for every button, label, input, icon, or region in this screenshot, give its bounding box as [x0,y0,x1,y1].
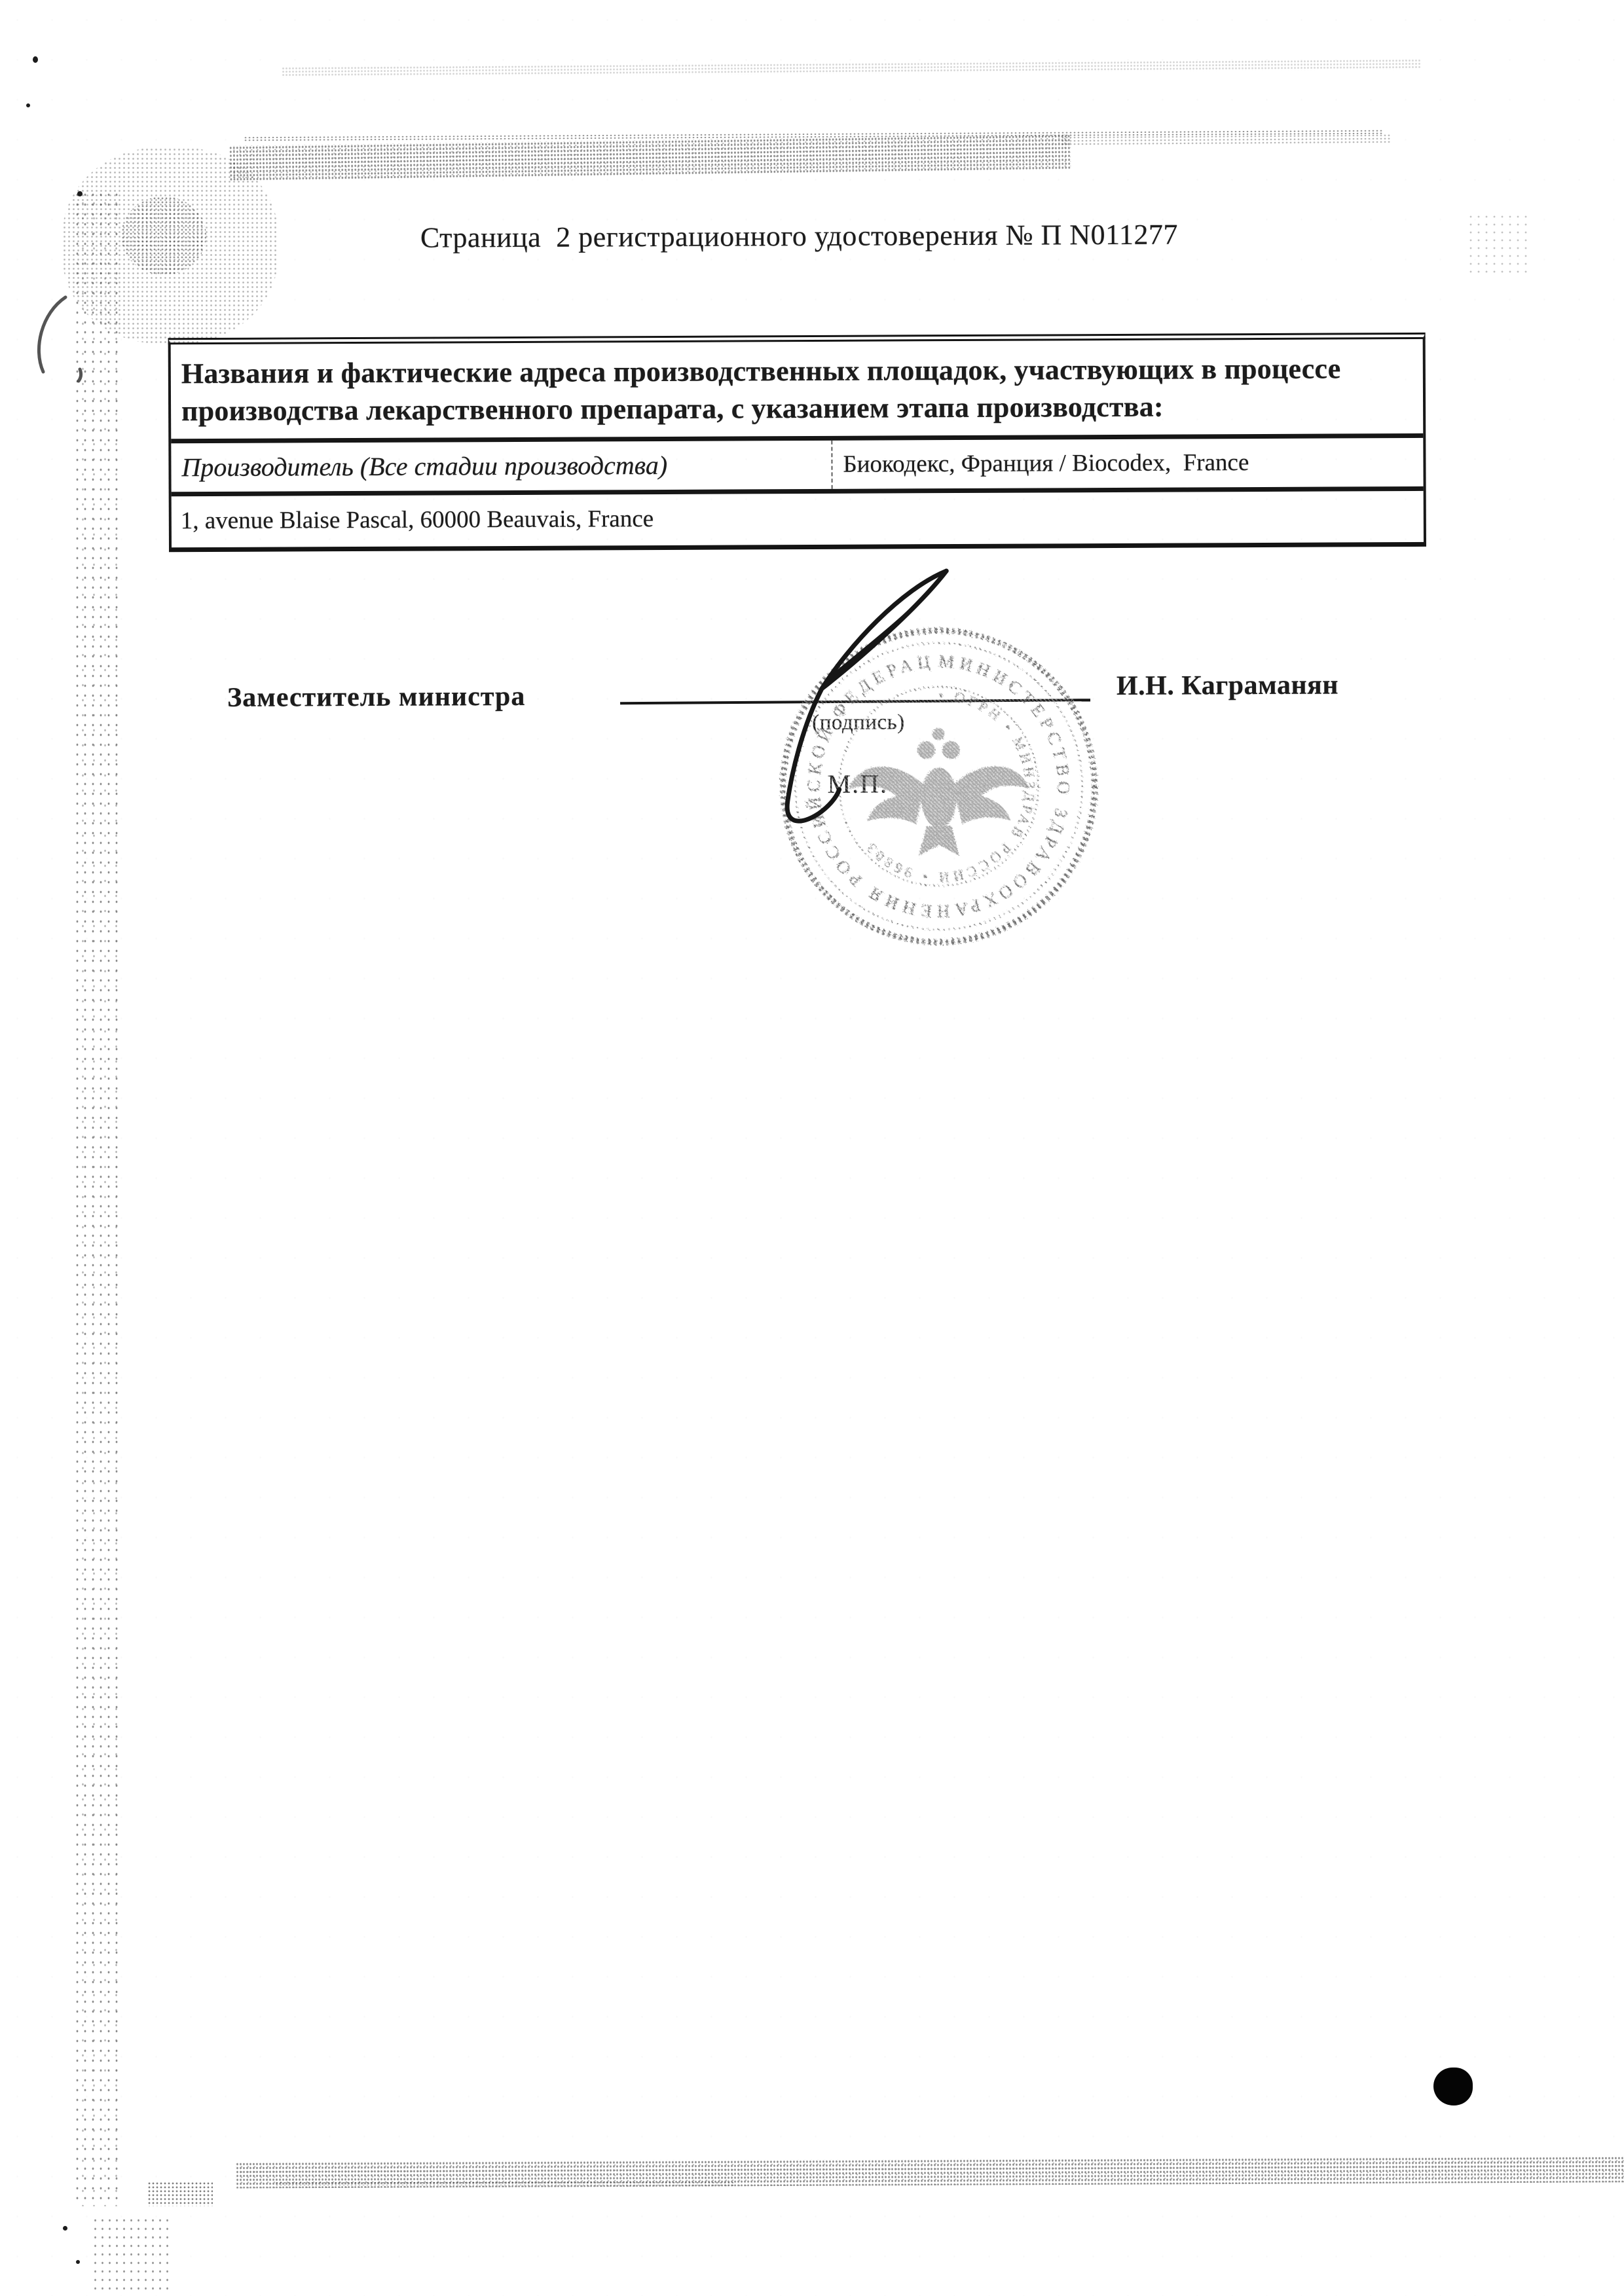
manufacturer-address-cell: 1, avenue Blaise Pascal, 60000 Beauvais,… [172,491,1424,547]
production-sites-table: Названия и фактические адреса производст… [168,333,1426,552]
scan-speck [77,191,83,196]
signer-position-title: Заместитель министра [227,681,526,714]
manufacturer-name-cell: Биокодекс, Франция / Biocodex, France [831,438,1423,489]
punch-hole-black-dot [1433,2068,1473,2105]
signer-name: И.Н. Каграманян [1116,669,1338,701]
document-content: Страница 2 регистрационного удостоверени… [0,0,1624,2296]
scan-mark-left-flourish [29,285,107,390]
manufacturer-stage-cell: Производитель (Все стадии производства) [171,441,831,492]
page-title: Страница 2 регистрационного удостоверени… [420,219,1272,253]
scan-speck [63,2226,67,2231]
scanned-document-page: Страница 2 регистрационного удостоверени… [0,0,1624,2296]
scan-speck [33,56,38,63]
handwritten-signature [750,553,987,849]
scan-speck [76,2260,80,2264]
table-row: Производитель (Все стадии производства) … [171,438,1423,496]
table-header-cell: Названия и фактические адреса производст… [171,339,1424,443]
scan-speck [26,103,30,107]
